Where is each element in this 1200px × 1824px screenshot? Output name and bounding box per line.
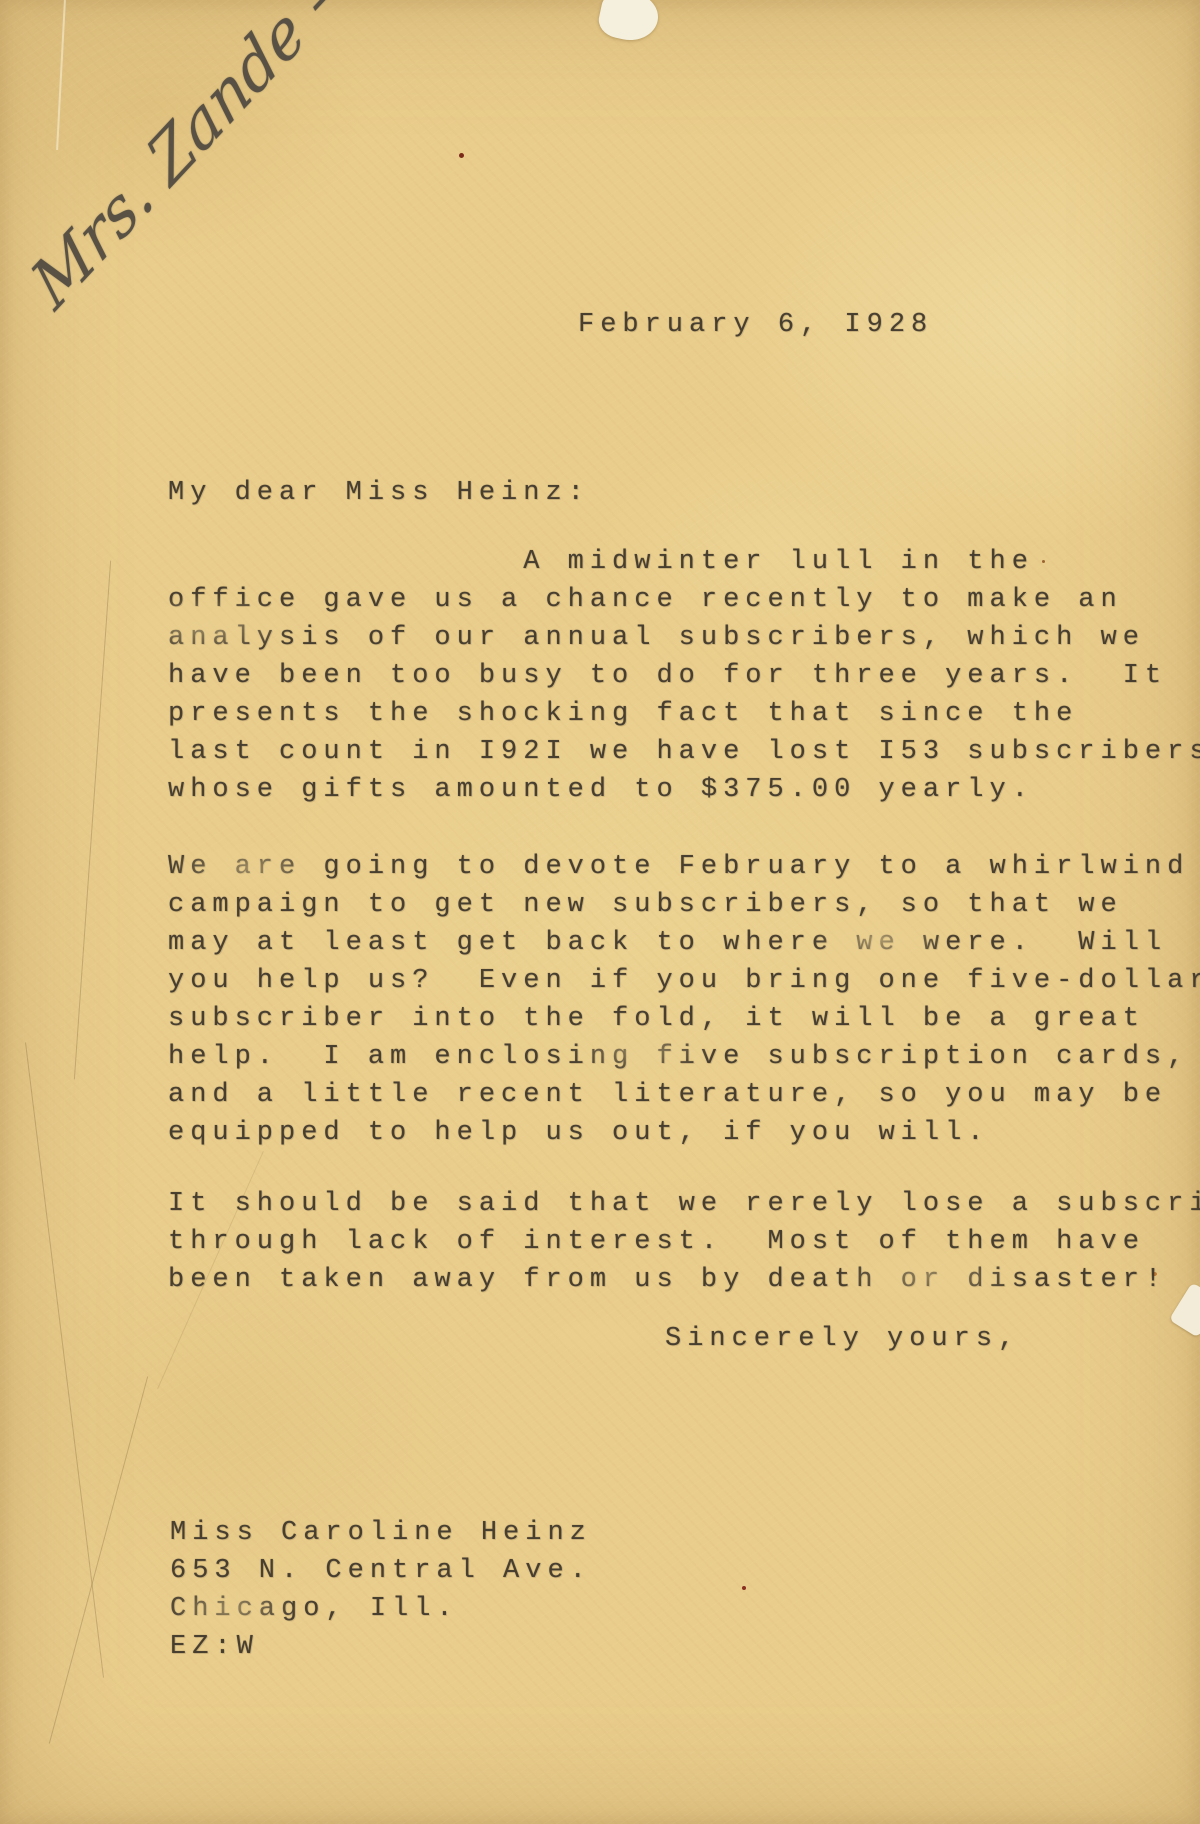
paper-crease (74, 561, 111, 1080)
paper-crease (25, 1042, 104, 1677)
letter-page: Mrs. Zande — February 6, I928 My dear Mi… (0, 0, 1200, 1824)
date-line: February 6, I928 (578, 306, 933, 344)
salutation: My dear Miss Heinz: (168, 474, 590, 512)
body-paragraph-2: We are going to devote February to a whi… (168, 848, 1200, 1152)
closing-line: Sincerely yours, (665, 1320, 1020, 1358)
paper-chip-top (596, 0, 663, 46)
body-paragraph-3: It should be said that we rerely lose a … (168, 1185, 1200, 1299)
handwritten-annotation: Mrs. Zande — (19, 0, 376, 325)
paper-crease (49, 1376, 148, 1743)
body-paragraph-1: A midwinter lull in the office gave us a… (168, 543, 1200, 809)
paper-speck (742, 1586, 746, 1590)
recipient-address-block: Miss Caroline Heinz 653 N. Central Ave. … (170, 1514, 592, 1666)
paper-edge-highlight (56, 0, 66, 150)
paper-speck (459, 153, 464, 158)
